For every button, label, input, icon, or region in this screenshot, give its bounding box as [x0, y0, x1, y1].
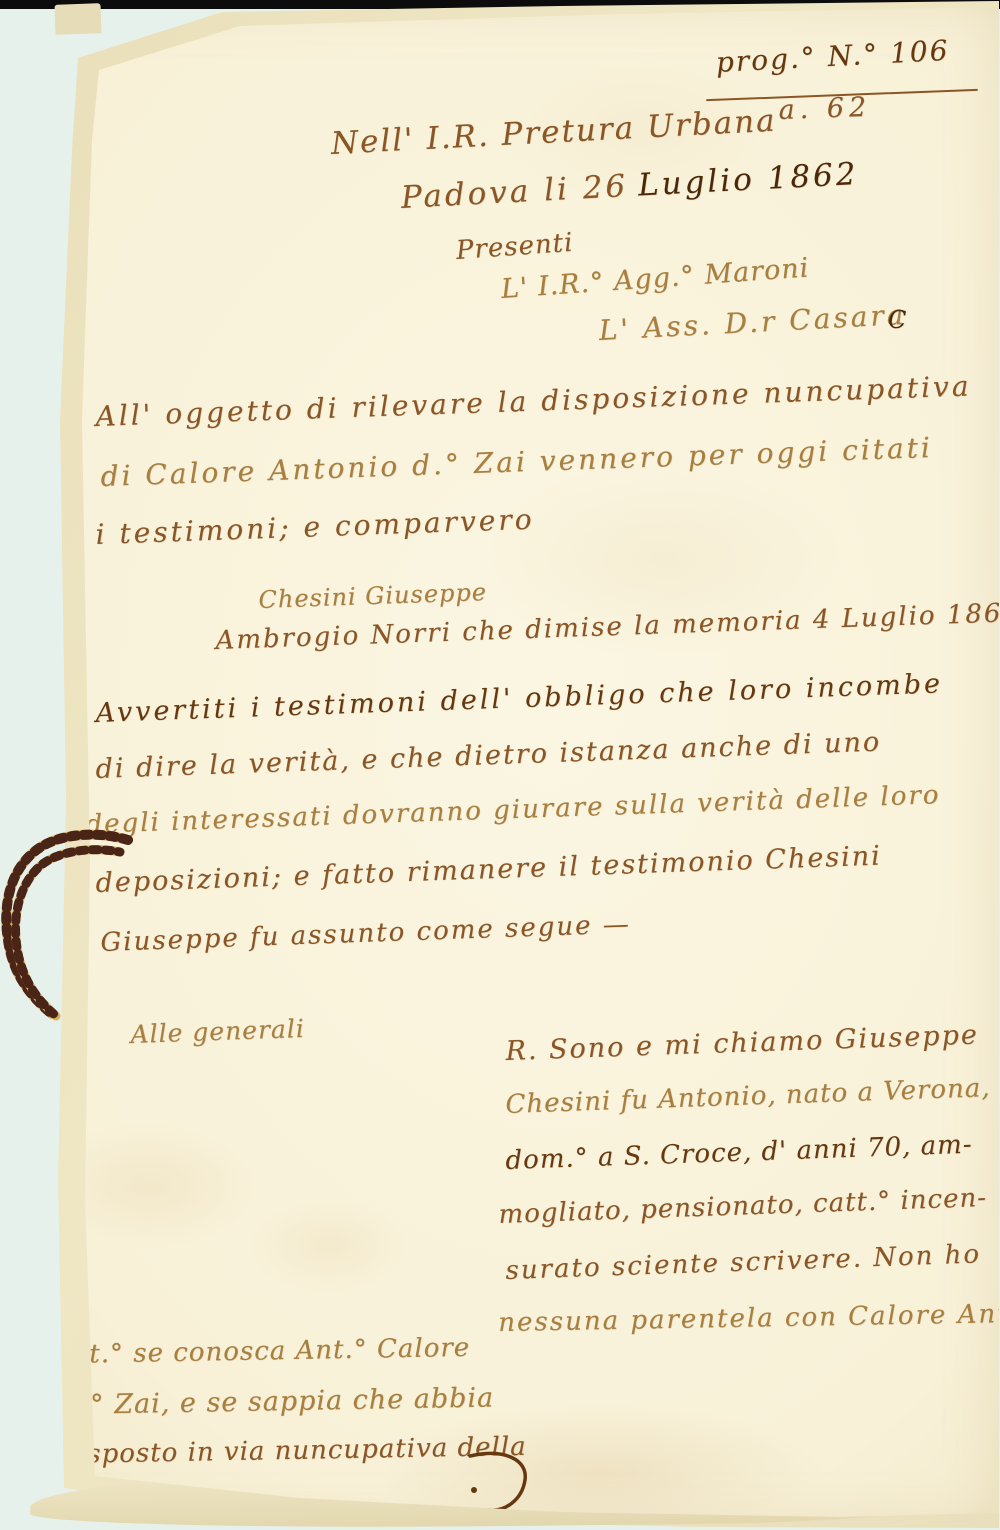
- binding-cord: [0, 790, 170, 1040]
- page-sheet: prog.° N.° 106 a. 62 Nell' I.R. Pretura …: [0, 0, 1000, 1530]
- registration-number: prog.° N.° 106: [715, 34, 950, 79]
- dateline-date: Luglio 1862: [637, 156, 859, 203]
- body-line: Giuseppe fu assunto come segue —: [100, 909, 631, 957]
- answer-line: mogliato, pensionato, catt.° incen-: [498, 1183, 987, 1230]
- official-line-1: L' I.R.° Agg.° Maroni: [500, 252, 810, 304]
- scanned-manuscript-page: { "colors": { "ink": "#8a5626", "ink_dar…: [0, 0, 1000, 1530]
- dateline-place: Padova li 26: [400, 168, 629, 216]
- under-sheet-tab: [54, 3, 101, 35]
- body-line: i testimoni; e comparvero: [95, 503, 535, 551]
- file-number: a. 62: [778, 92, 872, 126]
- question-line: Int.° se conosca Ant.° Calore: [60, 1333, 470, 1370]
- dateline: Padova li 26Luglio 1862: [400, 156, 859, 216]
- body-line: Avvertiti i testimoni dell' obbligo che …: [95, 668, 944, 729]
- body-line: All' oggetto di rilevare la disposizione…: [95, 369, 972, 433]
- presenti-label: Presenti: [455, 228, 574, 266]
- body-line: di Calore Antonio d.° Zai vennero per og…: [100, 431, 933, 493]
- official-line-2: L' Ass. D.r Casara: [598, 298, 907, 347]
- answer-line: R. Sono e mi chiamo Giuseppe: [505, 1019, 979, 1067]
- answer-line: nessuna parentela con Calore Antonio: [498, 1298, 1000, 1338]
- body-line: degli interessati dovranno giurare sulla…: [85, 780, 941, 840]
- body-line: deposizioni; e fatto rimanere il testimo…: [95, 841, 882, 899]
- witness-name: Chesini Giuseppe: [258, 578, 487, 614]
- answer-line: dom.° a S. Croce, d' anni 70, am-: [505, 1130, 973, 1176]
- answer-line: surato sciente scrivere. Non ho: [505, 1239, 981, 1286]
- question-line: d.° Zai, e se sappia che abbia: [62, 1382, 494, 1421]
- ink-mark: C: [888, 306, 906, 334]
- court-heading: Nell' I.R. Pretura Urbana: [330, 103, 777, 162]
- answer-line: Chesini fu Antonio, nato a Verona,: [505, 1073, 991, 1120]
- body-line: di dire la verità, e che dietro istanza …: [95, 727, 882, 785]
